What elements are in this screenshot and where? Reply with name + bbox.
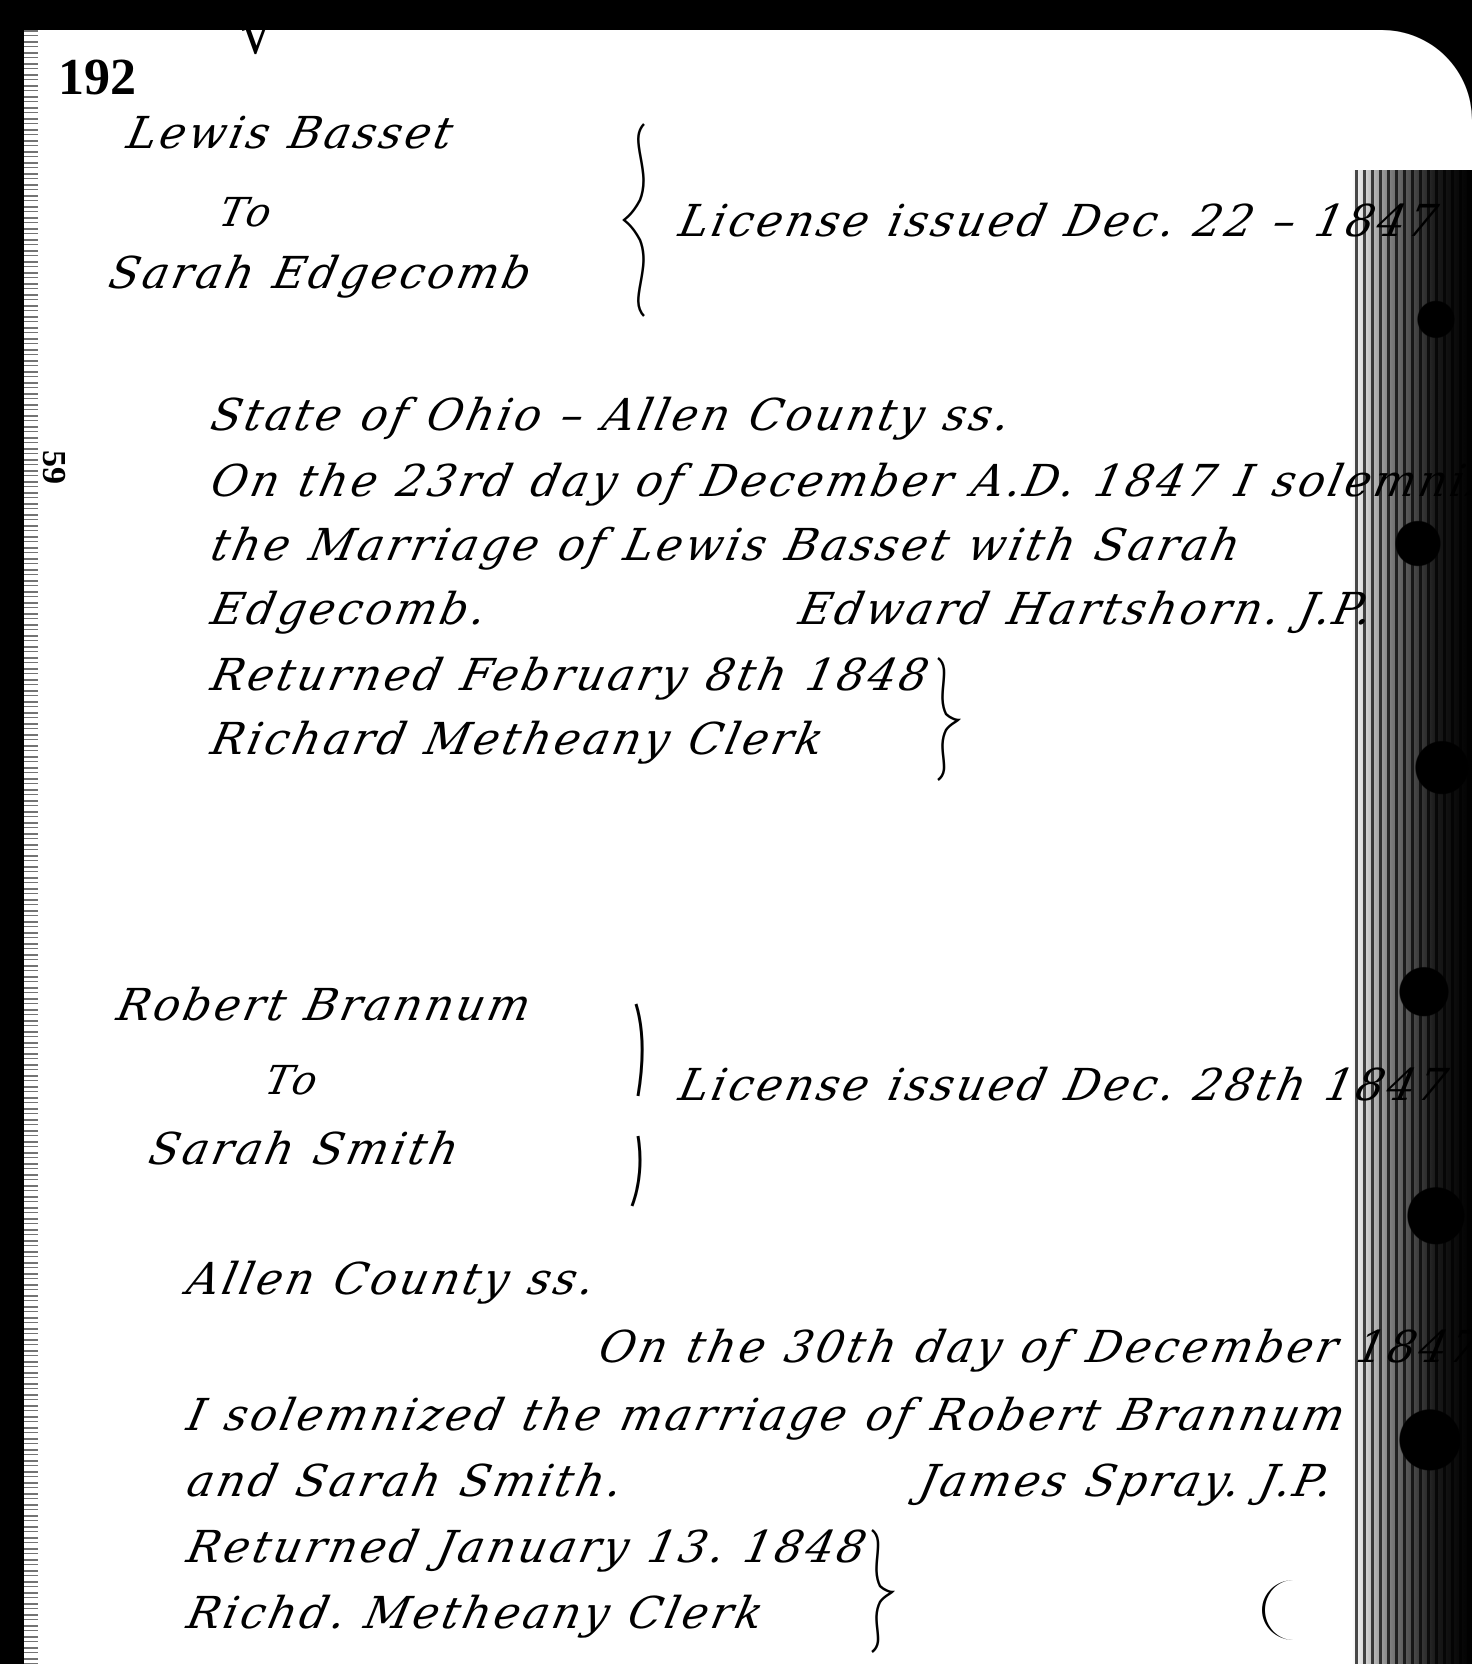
binding-edge [24, 30, 38, 1664]
worn-page-edge [1352, 170, 1472, 1664]
groom-name: Lewis Basset [123, 108, 461, 159]
clerk-signature: Richd. Metheany Clerk [183, 1588, 771, 1639]
certificate-venue: State of Ohio – Allen County ss. [207, 390, 1018, 441]
certificate-line: and Sarah Smith. [183, 1456, 630, 1507]
check-mark-icon: √ [240, 2, 276, 67]
clerk-signature: Richard Metheany Clerk [207, 714, 831, 765]
officiant-signature: James Spray. J.P. [915, 1456, 1340, 1507]
bride-name: Sarah Smith [145, 1124, 467, 1175]
returned-date: Returned February 8th 1848 [207, 650, 936, 701]
certificate-line: the Marriage of Lewis Basset with Sarah [207, 520, 1248, 571]
margin-number: 59 [34, 450, 72, 484]
bracket-icon [622, 120, 662, 320]
certificate-line: Edgecomb. [207, 584, 494, 635]
returned-date: Returned January 13. 1848 [183, 1522, 874, 1573]
to-connector: To [215, 190, 278, 236]
certificate-line: On the 23rd day of December A.D. 1847 I … [207, 456, 1472, 507]
officiant-signature: Edward Hartshorn. J.P. [795, 584, 1380, 635]
bride-name: Sarah Edgecomb [105, 248, 539, 299]
certificate-line: On the 30th day of December 1847 [595, 1322, 1472, 1373]
to-connector: To [261, 1058, 324, 1104]
license-issued: License issued Dec. 22 – 1847 [675, 196, 1445, 247]
groom-name: Robert Brannum [113, 980, 539, 1031]
certificate-venue: Allen County ss. [183, 1254, 603, 1305]
bracket-icon [628, 1000, 668, 1210]
license-issued: License issued Dec. 28th 1847 [675, 1060, 1455, 1111]
page-number: 192 [58, 48, 136, 107]
punch-hole [1262, 1580, 1325, 1640]
certificate-line: I solemnized the marriage of Robert Bran… [183, 1390, 1353, 1441]
bracket-icon [932, 654, 962, 784]
bracket-icon [866, 1526, 896, 1656]
